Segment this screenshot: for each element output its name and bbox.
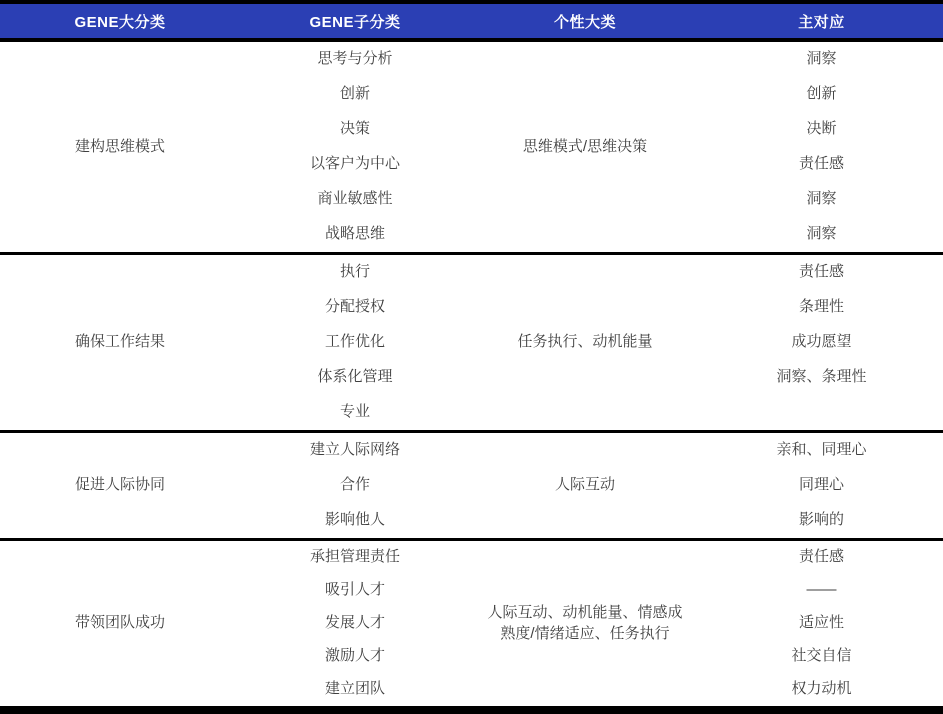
category-cell: 促进人际协同 [0, 433, 240, 538]
subcategory-cell: 决策 [240, 112, 470, 147]
subcategory-cell: 商业敏感性 [240, 182, 470, 217]
main-correspondence-cell: 洞察 [700, 217, 943, 252]
subcategory-cell: 激励人才 [240, 640, 470, 673]
main-correspondence-cell: 责任感 [700, 147, 943, 182]
header-gene-sub-category: GENE子分类 [240, 11, 470, 32]
main-correspondence-cell: 责任感 [700, 255, 943, 290]
main-correspondence-cell: 成功愿望 [700, 325, 943, 360]
subcategory-cell: 创新 [240, 77, 470, 112]
main-correspondence-cell: 权力动机 [700, 673, 943, 706]
section-team-success: 带领团队成功 人际互动、动机能量、情感成熟度/情绪适应、任务执行 承担管理责任 … [0, 541, 943, 706]
gene-mapping-table: GENE大分类 GENE子分类 个性大类 主对应 建构思维模式 思维模式/思维决… [0, 0, 943, 714]
main-correspondence-cell: 洞察 [700, 42, 943, 77]
section-work-results: 确保工作结果 任务执行、动机能量 执行 责任感 分配授权 条理性 工作优化 成功… [0, 255, 943, 433]
main-correspondence-cell: 社交自信 [700, 640, 943, 673]
personality-cell: 人际互动 [470, 433, 700, 538]
subcategory-cell: 建立人际网络 [240, 433, 470, 468]
subcategory-cell: 承担管理责任 [240, 541, 470, 574]
subcategory-cell: 思考与分析 [240, 42, 470, 77]
main-correspondence-cell: —— [700, 574, 943, 607]
main-correspondence-cell: 同理心 [700, 468, 943, 503]
subcategory-cell: 分配授权 [240, 290, 470, 325]
subcategory-cell: 建立团队 [240, 673, 470, 706]
main-correspondence-cell: 决断 [700, 112, 943, 147]
table-header-row: GENE大分类 GENE子分类 个性大类 主对应 [0, 4, 943, 42]
main-correspondence-cell [700, 395, 943, 430]
subcategory-cell: 专业 [240, 395, 470, 430]
main-correspondence-cell: 洞察、条理性 [700, 360, 943, 395]
category-cell: 带领团队成功 [0, 541, 240, 706]
category-cell: 建构思维模式 [0, 42, 240, 252]
subcategory-cell: 发展人才 [240, 607, 470, 640]
header-gene-major-category: GENE大分类 [0, 11, 240, 32]
page: GENE大分类 GENE子分类 个性大类 主对应 建构思维模式 思维模式/思维决… [0, 0, 943, 714]
category-cell: 确保工作结果 [0, 255, 240, 430]
subcategory-cell: 执行 [240, 255, 470, 290]
main-correspondence-cell: 洞察 [700, 182, 943, 217]
subcategory-cell: 体系化管理 [240, 360, 470, 395]
subcategory-cell: 影响他人 [240, 503, 470, 538]
header-personality-category: 个性大类 [470, 11, 700, 32]
main-correspondence-cell: 责任感 [700, 541, 943, 574]
subcategory-cell: 吸引人才 [240, 574, 470, 607]
main-correspondence-cell: 影响的 [700, 503, 943, 538]
subcategory-cell: 合作 [240, 468, 470, 503]
section-thinking-mode: 建构思维模式 思维模式/思维决策 思考与分析 洞察 创新 创新 决策 决断 以客… [0, 42, 943, 255]
subcategory-cell: 以客户为中心 [240, 147, 470, 182]
section-interpersonal-synergy: 促进人际协同 人际互动 建立人际网络 亲和、同理心 合作 同理心 影响他人 影响… [0, 433, 943, 541]
main-correspondence-cell: 适应性 [700, 607, 943, 640]
main-correspondence-cell: 亲和、同理心 [700, 433, 943, 468]
personality-cell: 任务执行、动机能量 [470, 255, 700, 430]
personality-cell-text: 人际互动、动机能量、情感成熟度/情绪适应、任务执行 [483, 603, 688, 644]
personality-cell: 思维模式/思维决策 [470, 42, 700, 252]
subcategory-cell: 工作优化 [240, 325, 470, 360]
main-correspondence-cell: 条理性 [700, 290, 943, 325]
personality-cell: 人际互动、动机能量、情感成熟度/情绪适应、任务执行 [470, 541, 700, 706]
subcategory-cell: 战略思维 [240, 217, 470, 252]
header-main-correspondence: 主对应 [700, 11, 943, 32]
main-correspondence-cell: 创新 [700, 77, 943, 112]
